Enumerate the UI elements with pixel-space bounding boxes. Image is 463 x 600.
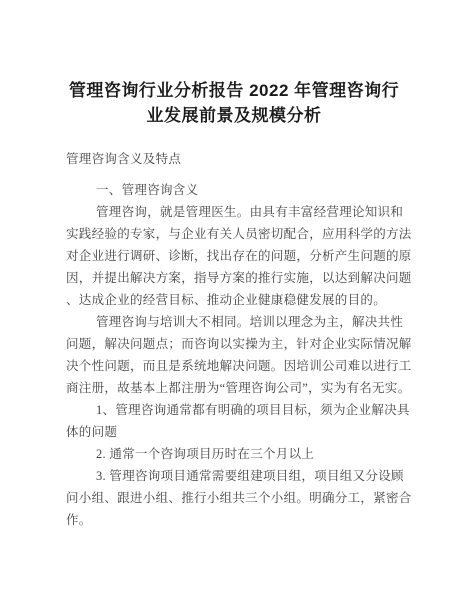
text-line: 问题，解决问题点；而咨询以实操为主，针对企业实际情况解: [66, 333, 402, 355]
text-line: 管理咨询，就是管理医生。由具有丰富经营理论知识和: [66, 201, 402, 223]
text-line: 1、管理咨询通常都有明确的项目目标，须为企业解决具: [66, 399, 402, 421]
text-line: 问小组、跟进小组、推行小组共三个小组。明确分工，紧密合: [66, 487, 402, 509]
list-item-3: 3. 管理咨询项目通常需要组建项目组，项目组又分设顾 问小组、跟进小组、推行小组…: [66, 465, 402, 531]
paragraph-definition: 管理咨询，就是管理医生。由具有丰富经营理论知识和 实践经验的专家，与企业有关人员…: [66, 201, 402, 311]
list-item-1: 1、管理咨询通常都有明确的项目目标，须为企业解决具 体的问题: [66, 399, 402, 443]
subsection-heading: 一、管理咨询含义: [66, 179, 402, 201]
title-line-2: 业发展前景及规模分析: [66, 103, 402, 128]
paragraph-comparison: 管理咨询与培训大不相同。培训以理念为主，解决共性 问题，解决问题点；而咨询以实操…: [66, 311, 402, 399]
list-item-2: 2. 通常一个咨询项目历时在三个月以上: [66, 443, 402, 465]
text-line: 、达成企业的经营目标、推动企业健康稳健发展的目的。: [66, 289, 402, 311]
text-line: 3. 管理咨询项目通常需要组建项目组，项目组又分设顾: [66, 465, 402, 487]
text-line: 商注册，故基本上都注册为“管理咨询公司”，实为有名无实。: [66, 377, 402, 399]
document-title: 管理咨询行业分析报告 2022 年管理咨询行 业发展前景及规模分析: [66, 78, 402, 128]
document-page: 管理咨询行业分析报告 2022 年管理咨询行 业发展前景及规模分析 管理咨询含义…: [0, 0, 463, 600]
text-line: 2. 通常一个咨询项目历时在三个月以上: [66, 443, 402, 465]
text-line: 决个性问题，而且是系统地解决问题。因培训公司难以进行工: [66, 355, 402, 377]
title-line-1: 管理咨询行业分析报告 2022 年管理咨询行: [66, 78, 402, 103]
text-line: 对企业进行调研、诊断，找出存在的问题，分析产生问题的原: [66, 245, 402, 267]
text-line: 因，并提出解决方案，指导方案的推行实施，以达到解决问题: [66, 267, 402, 289]
section-heading: 管理咨询含义及特点: [66, 148, 402, 170]
text-line: 管理咨询与培训大不相同。培训以理念为主，解决共性: [66, 311, 402, 333]
text-line: 作。: [66, 509, 402, 531]
text-line: 实践经验的专家，与企业有关人员密切配合，应用科学的方法: [66, 223, 402, 245]
text-line: 体的问题: [66, 421, 402, 443]
document-body: 管理咨询含义及特点 一、管理咨询含义 管理咨询，就是管理医生。由具有丰富经营理论…: [66, 148, 402, 531]
